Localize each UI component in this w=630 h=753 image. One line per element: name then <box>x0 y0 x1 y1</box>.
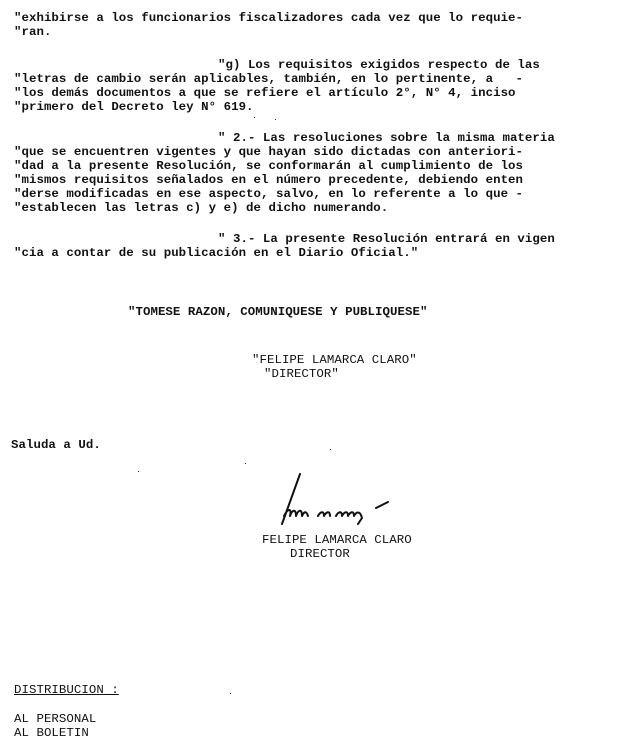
body-line: "primero del Decreto ley N° 619. <box>14 100 254 114</box>
greeting: Saluda a Ud. <box>11 438 101 452</box>
distribution-recipient: AL BOLETIN <box>14 726 89 740</box>
body-line: "letras de cambio serán aplicables, tamb… <box>14 72 523 86</box>
scan-speck <box>254 117 255 118</box>
quoted-signer-title: "DIRECTOR" <box>264 367 339 381</box>
scan-speck <box>275 119 276 120</box>
body-line: "los demás documentos a que se refiere e… <box>14 86 516 100</box>
scan-speck <box>138 471 139 472</box>
scan-speck <box>230 693 231 694</box>
body-line: "exhibirse a los funcionarios fiscalizad… <box>14 11 523 25</box>
quoted-signer-name: "FELIPE LAMARCA CLARO" <box>252 353 417 367</box>
body-line: "mismos requisitos señalados en el númer… <box>14 173 523 187</box>
section-2-heading: " 2.- Las resoluciones sobre la misma ma… <box>218 131 555 145</box>
signer-name: FELIPE LAMARCA CLARO <box>262 533 412 547</box>
item-g-heading: "g) Los requisitos exigidos respecto de … <box>218 58 540 72</box>
scan-speck <box>330 449 331 450</box>
body-line: "establecen las letras c) y e) de dicho … <box>14 201 388 215</box>
signature-icon <box>278 472 418 532</box>
body-line: "cia a contar de su publicación en el Di… <box>14 246 418 260</box>
distribution-heading: DISTRIBUCION : <box>14 683 119 697</box>
body-line: "ran. <box>14 25 51 39</box>
closing-formula: "TOMESE RAZON, COMUNIQUESE Y PUBLIQUESE" <box>128 305 427 319</box>
body-line: "dad a la presente Resolución, se confor… <box>14 159 523 173</box>
body-line: "derse modificadas en ese aspecto, salvo… <box>14 187 523 201</box>
body-line: "que se encuentren vigentes y que hayan … <box>14 145 523 159</box>
distribution-recipient: AL PERSONAL <box>14 712 96 726</box>
signer-title: DIRECTOR <box>290 547 350 561</box>
scan-speck <box>245 463 246 464</box>
section-3-heading: " 3.- La presente Resolución entrará en … <box>218 232 555 246</box>
